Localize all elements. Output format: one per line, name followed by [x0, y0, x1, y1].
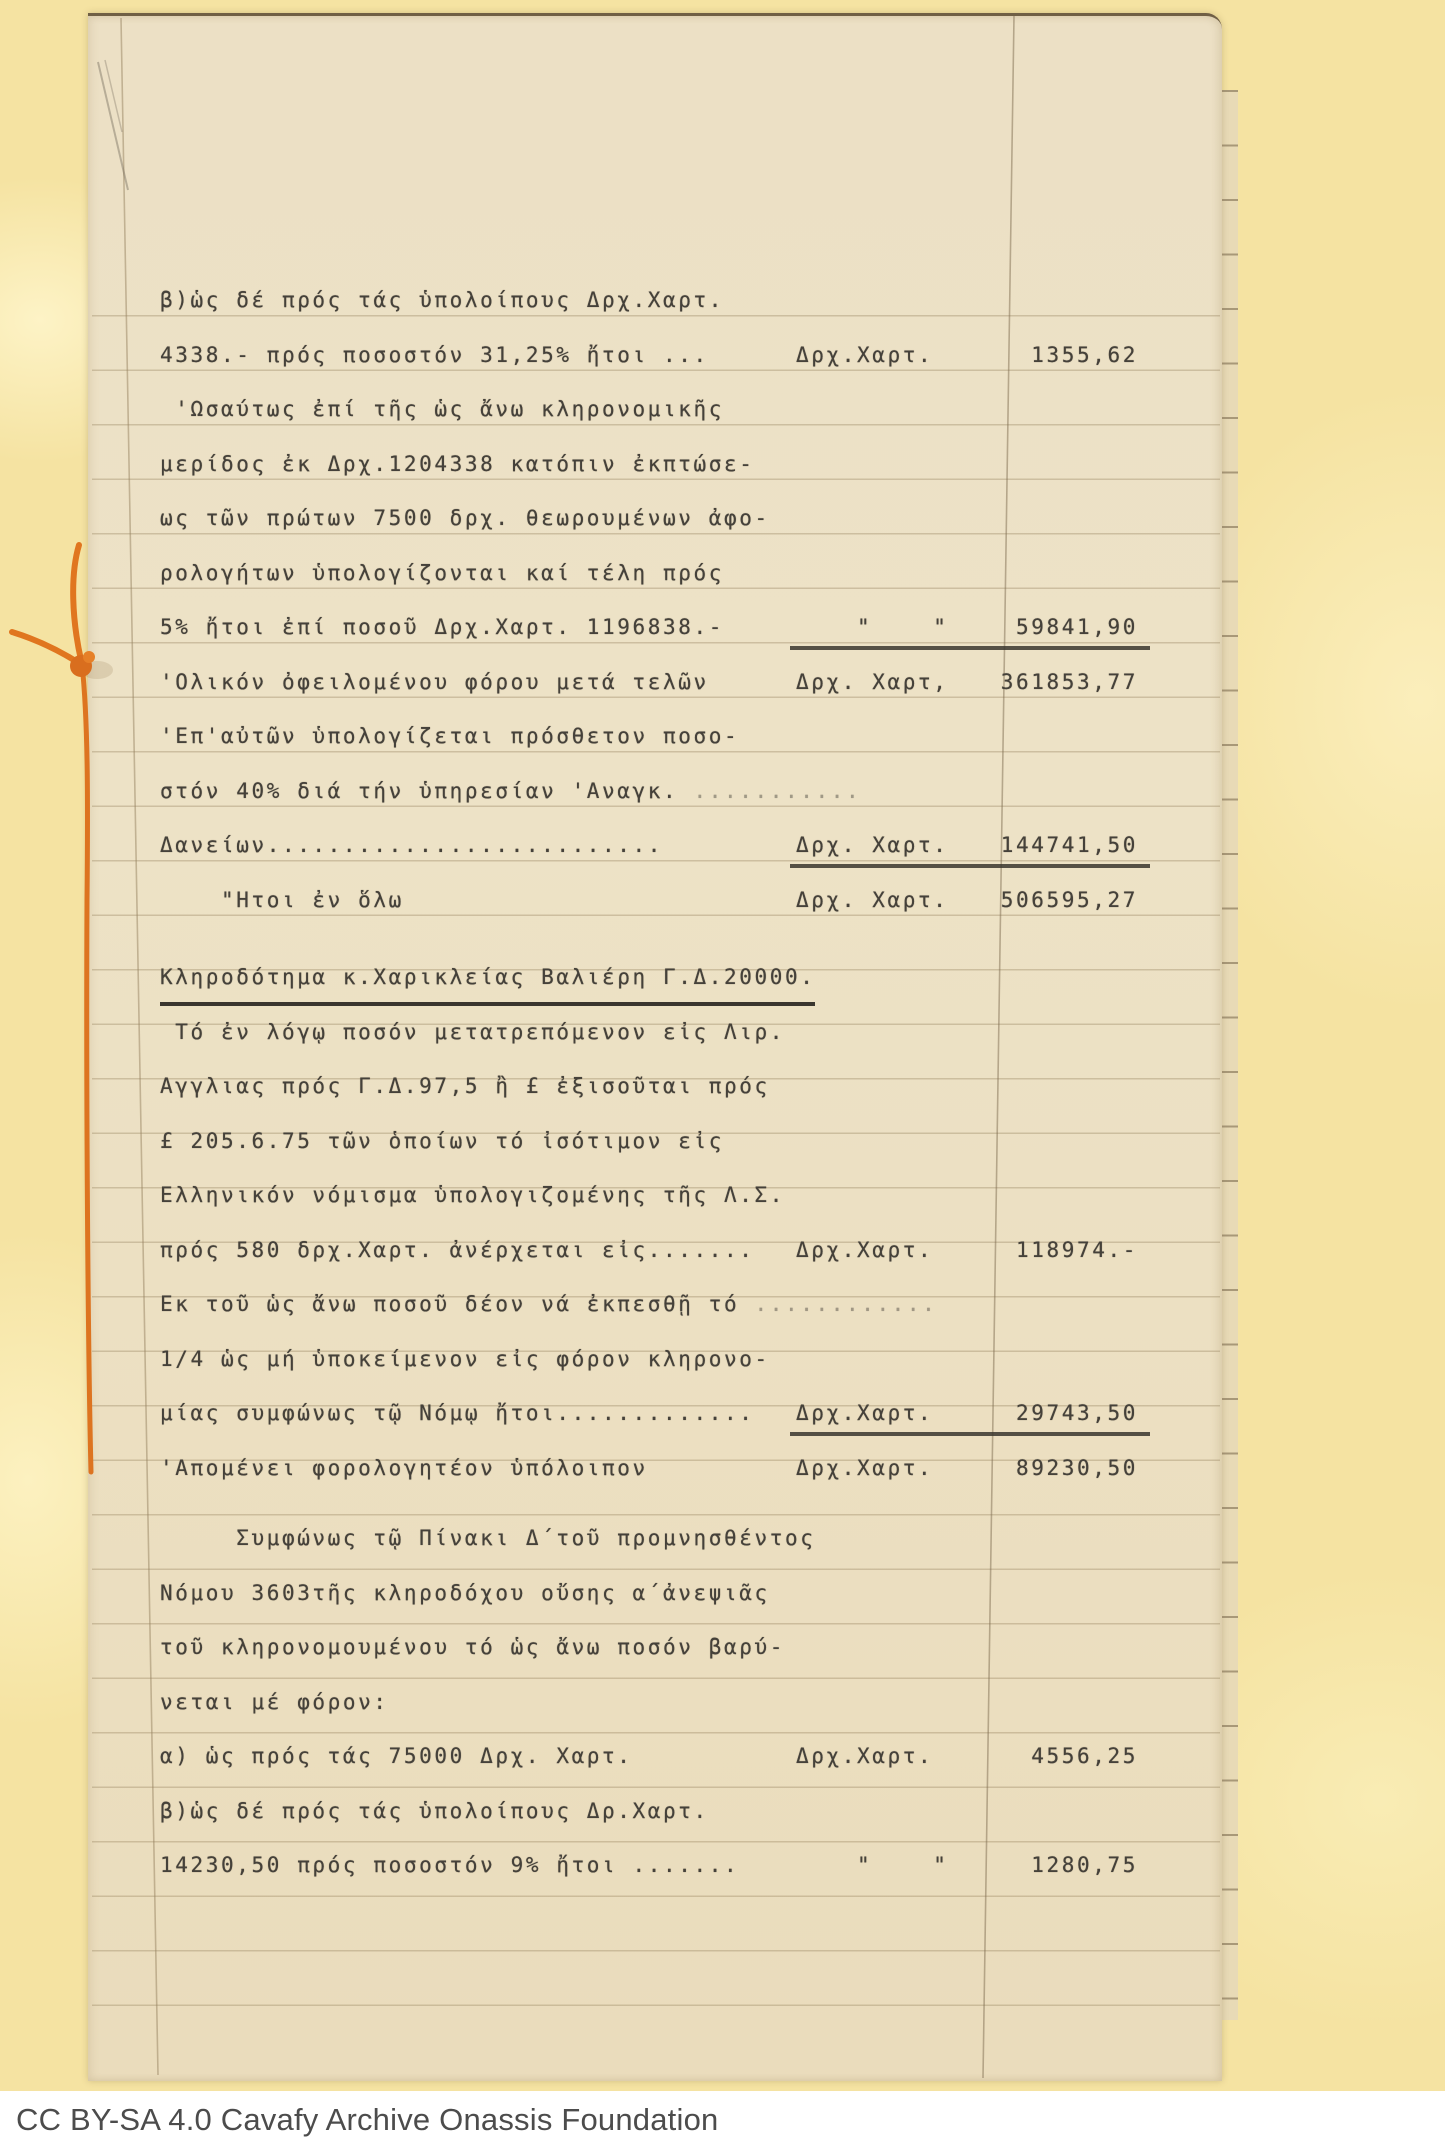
typewritten-line: τοῦ κληρονομουμένου τό ὡς ἄνω ποσόν βαρύ…	[160, 1620, 1152, 1675]
typewritten-line: νεται μέ φόρον:	[160, 1675, 1152, 1730]
typewritten-line: 'Ολικόν ὀφειλομένου φόρου μετά τελῶνΔρχ.…	[160, 655, 1152, 710]
typewritten-line: 4338.- πρός ποσοστόν 31,25% ἤτοι ...Δρχ.…	[160, 328, 1152, 383]
line-text: β)ὡς δέ πρός τάς ὑπολοίπους Δρχ.Χαρτ.	[160, 273, 724, 328]
line-text: 'Επ'αὐτῶν ὑπολογίζεται πρόσθετον ποσο-	[160, 709, 739, 764]
line-text: 'Ολικόν ὀφειλομένου φόρου μετά τελῶν	[160, 655, 709, 710]
typewritten-line: 'Επ'αὐτῶν ὑπολογίζεται πρόσθετον ποσο-	[160, 709, 1152, 764]
heading-row: Κληροδότημα κ.Χαρικλείας Βαλιέρη Γ.Δ.200…	[160, 950, 1152, 1005]
section-valieri-legacy: Κληροδότημα κ.Χαρικλείας Βαλιέρη Γ.Δ.200…	[160, 950, 1152, 1495]
typewritten-line: Εκ τοῦ ὡς ἄνω ποσοῦ δέον νά ἐκπεσθῇ τό .…	[160, 1277, 1152, 1332]
line-text: 'Απομένει φορολογητέον ὑπόλοιπον	[160, 1441, 648, 1496]
line-text: Εκ τοῦ ὡς ἄνω ποσοῦ δέον νά ἐκπεσθῇ τό .…	[160, 1277, 937, 1332]
typewritten-line: μίας συμφώνως τῷ Νόμῳ ἤτοι.............Δ…	[160, 1386, 1152, 1441]
line-text: β)ὡς δέ πρός τάς ὑπολοίπους Δρ.Χαρτ.	[160, 1784, 709, 1839]
typewritten-line: Δανείων..........................Δρχ. Χα…	[160, 818, 1152, 873]
typewritten-line: ως τῶν πρώτων 7500 δρχ. θεωρουμένων ἀφο-	[160, 491, 1152, 546]
amount-label: Δρχ. Χαρτ.	[796, 873, 948, 928]
license-caption-bar: CC BY-SA 4.0 Cavafy Archive Onassis Foun…	[0, 2091, 1445, 2149]
typewritten-line: β)ὡς δέ πρός τάς ὑπολοίπους Δρχ.Χαρτ.	[160, 273, 1152, 328]
line-text: 4338.- πρός ποσοστόν 31,25% ἤτοι ...	[160, 328, 709, 383]
line-text: στόν 40% διά τήν ὑπηρεσίαν 'Αναγκ. .....…	[160, 764, 861, 819]
line-text: μερίδος ἐκ Δρχ.1204338 κατόπιν ἐκπτώσε-	[160, 437, 754, 492]
line-text: Νόμου 3603τῆς κληροδόχου οὔσης α΄ἀνεψιᾶς	[160, 1566, 770, 1621]
line-text: 'Ωσαύτως ἐπί τῆς ὡς ἄνω κληρονομικῆς	[160, 382, 724, 437]
typewritten-line: Αγγλιας πρός Γ.Δ.97,5 ἢ £ ἐξισοῦται πρός	[160, 1059, 1152, 1114]
typewritten-line: ρολογήτων ὑπολογίζονται καί τέλη πρός	[160, 546, 1152, 601]
typewritten-line: 14230,50 πρός ποσοστόν 9% ἤτοι ....... "…	[160, 1838, 1152, 1893]
dot-leader: ...........	[678, 779, 861, 803]
typewritten-line: 'Ωσαύτως ἐπί τῆς ὡς ἄνω κληρονομικῆς	[160, 382, 1152, 437]
typewritten-line: £ 205.6.75 τῶν ὁποίων τό ἰσότιμον εἰς	[160, 1114, 1152, 1169]
typewritten-line: β)ὡς δέ πρός τάς ὑπολοίπους Δρ.Χαρτ.	[160, 1784, 1152, 1839]
license-caption: CC BY-SA 4.0 Cavafy Archive Onassis Foun…	[16, 2102, 718, 2138]
line-text: ρολογήτων ὑπολογίζονται καί τέλη πρός	[160, 546, 724, 601]
line-text: 1/4 ὡς μή ὑποκείμενον εἰς φόρον κληρονο-	[160, 1332, 770, 1387]
line-text: 14230,50 πρός ποσοστόν 9% ἤτοι .......	[160, 1838, 739, 1893]
typewritten-line: Ελληνικόν νόμισμα ὑπολογιζομένης τῆς Λ.Σ…	[160, 1168, 1152, 1223]
amount-label: Δρχ.Χαρτ.	[796, 1223, 933, 1278]
typed-underline	[790, 1432, 1150, 1436]
amount-label: Δρχ. Χαρτ,	[796, 655, 948, 710]
line-text: Συμφώνως τῷ Πίνακι Δ΄τοῦ προμνησθέντος	[160, 1511, 815, 1566]
section-first-calculation: β)ὡς δέ πρός τάς ὑπολοίπους Δρχ.Χαρτ.433…	[160, 273, 1152, 927]
line-text: νεται μέ φόρον:	[160, 1675, 389, 1730]
line-text: £ 205.6.75 τῶν ὁποίων τό ἰσότιμον εἰς	[160, 1114, 724, 1169]
line-text: α) ὡς πρός τάς 75000 Δρχ. Χαρτ.	[160, 1729, 633, 1784]
line-text: Τό ἐν λόγῳ ποσόν μετατρεπόμενον εἰς Λιρ.	[160, 1005, 785, 1060]
amount-value: 1355,62	[1031, 328, 1138, 383]
line-text: Αγγλιας πρός Γ.Δ.97,5 ἢ £ ἐξισοῦται πρός	[160, 1059, 770, 1114]
amount-value: 506595,27	[1001, 873, 1138, 928]
line-text: Δανείων..........................	[160, 818, 663, 873]
amount-label: Δρχ.Χαρτ.	[796, 1729, 933, 1784]
typewritten-text: β)ὡς δέ πρός τάς ὑπολοίπους Δρχ.Χαρτ.433…	[160, 273, 1152, 1893]
typewritten-line: πρός 580 δρχ.Χαρτ. ἀνέρχεται εἰς.......Δ…	[160, 1223, 1152, 1278]
typewritten-line: Συμφώνως τῷ Πίνακι Δ΄τοῦ προμνησθέντος	[160, 1511, 1152, 1566]
typewritten-line: 'Απομένει φορολογητέον ὑπόλοιπονΔρχ.Χαρτ…	[160, 1441, 1152, 1496]
typewritten-line: "Ητοι ἐν ὅλωΔρχ. Χαρτ.506595,27	[160, 873, 1152, 928]
amount-value: 89230,50	[1016, 1441, 1138, 1496]
underlying-ruled-sheet-edge	[1222, 90, 1238, 2020]
line-text: Ελληνικόν νόμισμα ὑπολογιζομένης τῆς Λ.Σ…	[160, 1168, 785, 1223]
section-tax-table-application: Συμφώνως τῷ Πίνακι Δ΄τοῦ προμνησθέντοςΝό…	[160, 1511, 1152, 1893]
line-text: 5% ἤτοι ἐπί ποσοῦ Δρχ.Χαρτ. 1196838.-	[160, 600, 724, 655]
amount-label: Δρχ.Χαρτ.	[796, 1441, 933, 1496]
typed-underline	[790, 646, 1150, 650]
amount-label: " "	[796, 1838, 948, 1893]
amount-label: Δρχ.Χαρτ.	[796, 328, 933, 383]
typed-underline	[790, 864, 1150, 868]
line-text: τοῦ κληρονομουμένου τό ὡς ἄνω ποσόν βαρύ…	[160, 1620, 785, 1675]
amount-value: 1280,75	[1031, 1838, 1138, 1893]
typewritten-line: α) ὡς πρός τάς 75000 Δρχ. Χαρτ.Δρχ.Χαρτ.…	[160, 1729, 1152, 1784]
dot-leader: ............	[739, 1292, 937, 1316]
section-heading: Κληροδότημα κ.Χαρικλείας Βαλιέρη Γ.Δ.200…	[160, 954, 815, 1006]
typewritten-line: μερίδος ἐκ Δρχ.1204338 κατόπιν ἐκπτώσε-	[160, 437, 1152, 492]
line-text: "Ητοι ἐν ὅλω	[160, 873, 404, 928]
amount-value: 118974.-	[1016, 1223, 1138, 1278]
typewritten-line: 5% ἤτοι ἐπί ποσοῦ Δρχ.Χαρτ. 1196838.- " …	[160, 600, 1152, 655]
typewritten-line: Τό ἐν λόγῳ ποσόν μετατρεπόμενον εἰς Λιρ.	[160, 1005, 1152, 1060]
line-text: πρός 580 δρχ.Χαρτ. ἀνέρχεται εἰς.......	[160, 1223, 754, 1278]
amount-value: 4556,25	[1031, 1729, 1138, 1784]
line-text: ως τῶν πρώτων 7500 δρχ. θεωρουμένων ἀφο-	[160, 491, 770, 546]
amount-value: 361853,77	[1001, 655, 1138, 710]
line-text: μίας συμφώνως τῷ Νόμῳ ἤτοι.............	[160, 1386, 754, 1441]
typewritten-line: 1/4 ὡς μή ὑποκείμενον εἰς φόρον κληρονο-	[160, 1332, 1152, 1387]
typewritten-line: στόν 40% διά τήν ὑπηρεσίαν 'Αναγκ. .....…	[160, 764, 1152, 819]
typewritten-line: Νόμου 3603τῆς κληροδόχου οὔσης α΄ἀνεψιᾶς	[160, 1566, 1152, 1621]
